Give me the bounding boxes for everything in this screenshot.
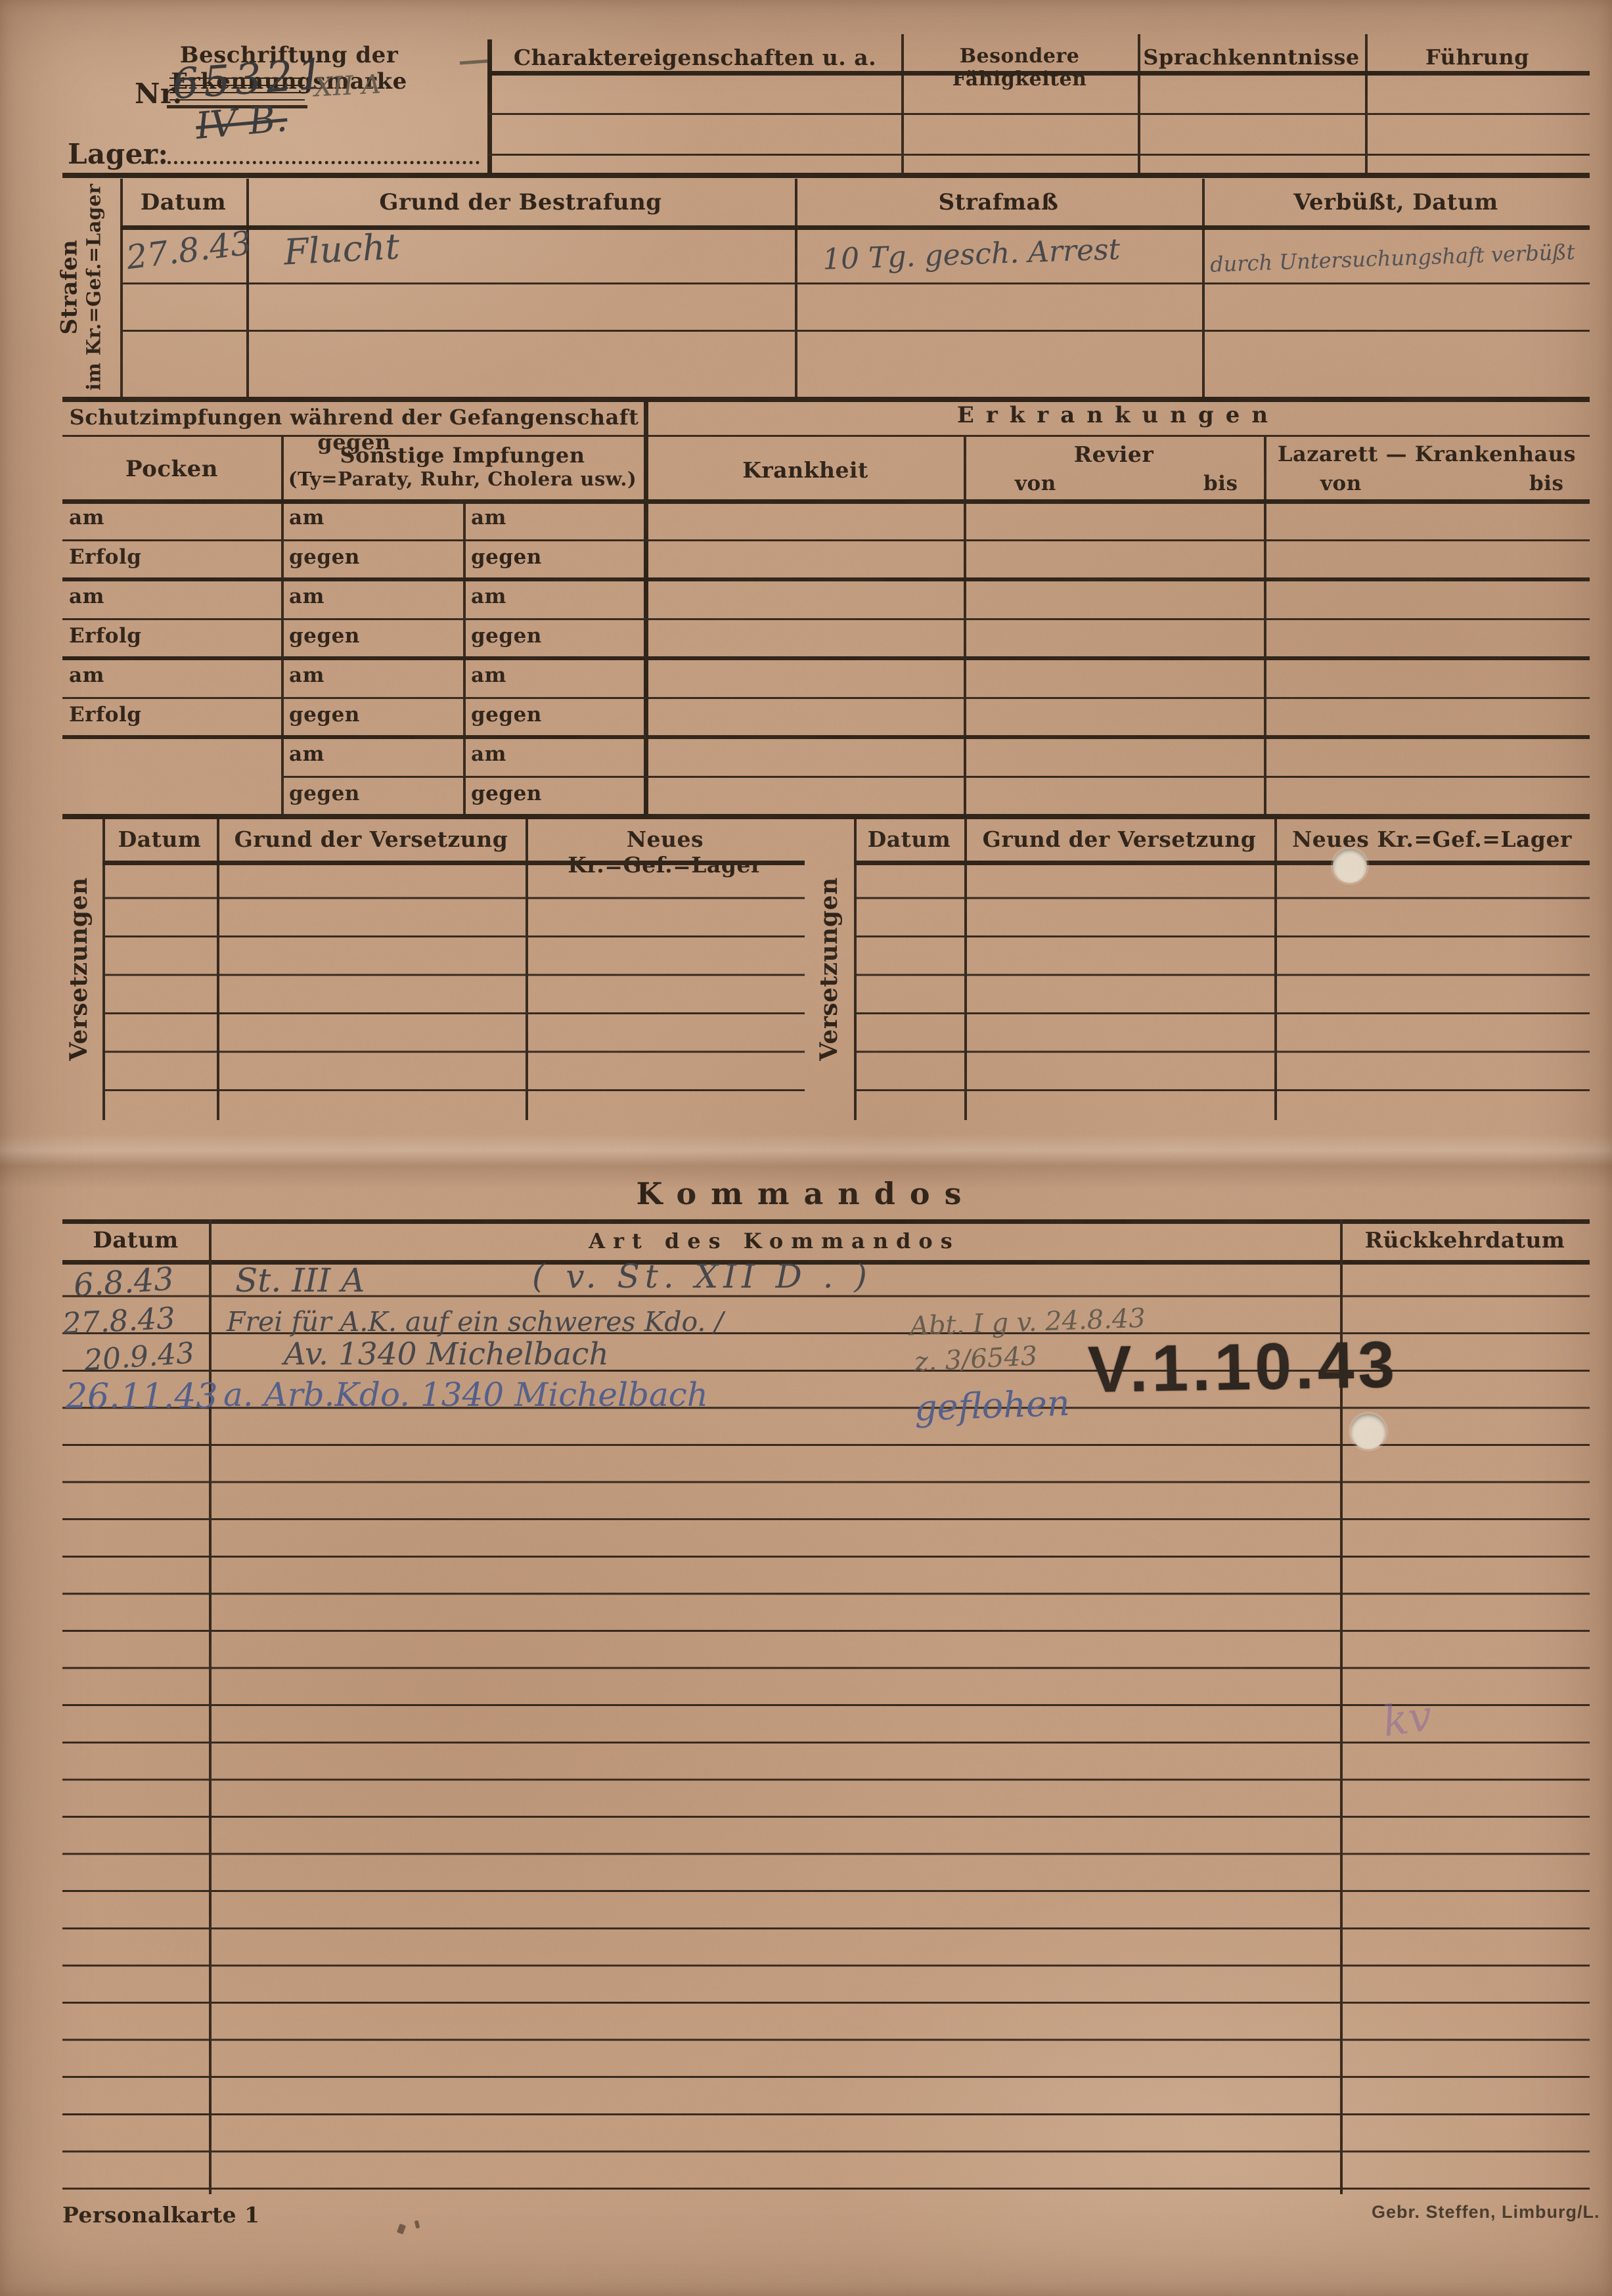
- kommando-entry-text: St. III A: [235, 1261, 365, 1299]
- gegen-label: gegen: [471, 782, 542, 805]
- revier-header: Revier: [964, 441, 1264, 467]
- lager-dotted-line: [141, 141, 480, 164]
- strafen-side-line1: Strafen: [56, 240, 83, 335]
- erkrankungen-title: Erkrankungen: [647, 402, 1590, 428]
- erfolg-label: Erfolg: [69, 545, 141, 569]
- camp-mark-handwritten: XII A: [313, 69, 382, 102]
- rule-line: [62, 577, 1590, 581]
- strafen-strafmass-header: Strafmaß: [795, 189, 1202, 215]
- sonstige-header-line1: Sonstige Impfungen: [281, 443, 644, 468]
- versetzungen-datum-header: Datum: [854, 826, 964, 852]
- versetzungen-label-text: Versetzungen: [65, 877, 93, 1060]
- rule-line: [62, 656, 1590, 660]
- strafen-grund-header: Grund der Bestrafung: [246, 189, 795, 215]
- kommando-entry-text: Av. 1340 Michelbach: [284, 1336, 609, 1372]
- strafen-datum-header: Datum: [120, 189, 246, 215]
- versetzungen-neues-header: Neues Kr.=Gef.=Lager: [1274, 826, 1590, 852]
- lazarett-von-label: von: [1320, 472, 1362, 495]
- kommandos-title: Kommandos: [0, 1176, 1612, 1211]
- erfolg-label: Erfolg: [69, 703, 141, 727]
- section-divider: [62, 173, 1590, 178]
- gegen-label: gegen: [289, 545, 360, 569]
- am-label: am: [471, 742, 506, 766]
- rule-line: [120, 330, 1590, 332]
- printer-credit: Gebr. Steffen, Limburg/L.: [1372, 2202, 1600, 2222]
- faint-pencil-mark: kv: [1379, 1692, 1435, 1747]
- strafen-entry-verbuesst: durch Untersuchungshaft verbüßt: [1210, 239, 1576, 277]
- strafen-entry-datum: 27.8.43: [124, 224, 254, 277]
- versetzungen-grund-header: Grund der Versetzung: [217, 826, 526, 852]
- column-divider: [281, 435, 284, 818]
- kommando-entry-datum: 6.8.43: [72, 1261, 175, 1305]
- ink-speck: [397, 2224, 406, 2235]
- punch-hole: [1333, 849, 1367, 883]
- rule-line: [62, 435, 646, 437]
- strafen-entry-strafmass: 10 Tg. gesch. Arrest: [822, 233, 1121, 277]
- ink-speck: [414, 2220, 420, 2228]
- erfolg-label: Erfolg: [69, 624, 141, 648]
- transfer-table-ruling: [102, 861, 805, 1093]
- charakter-header: Charaktereigenschaften u. a.: [494, 45, 896, 70]
- fuehrung-header: Führung: [1368, 45, 1586, 70]
- gegen-label: gegen: [471, 624, 542, 648]
- personalkarte-back: Beschriftung der Erkennungsmarke Nr. 653…: [0, 0, 1612, 2296]
- kommandos-datum-header: Datum: [62, 1227, 209, 1253]
- rule-line: [120, 282, 1590, 284]
- rule-line: [487, 154, 1590, 156]
- kommando-entry-datum: 26.11.43: [66, 1377, 218, 1416]
- am-label: am: [69, 664, 104, 687]
- strafen-side-line2: im Kr.=Gef.=Lager: [83, 184, 105, 391]
- am-label: am: [69, 506, 104, 529]
- section-divider: [62, 397, 1590, 402]
- faehigkeiten-header: Besondere Fähigkeiten: [905, 45, 1134, 91]
- lazarett-header: Lazarett — Krankenhaus: [1264, 441, 1590, 466]
- am-label: am: [69, 585, 104, 608]
- sonstige-header-line2: (Ty=Paraty, Ruhr, Cholera usw.): [281, 468, 644, 490]
- gegen-label: gegen: [471, 703, 542, 727]
- lazarett-bis-label: bis: [1529, 472, 1563, 495]
- versetzungen-label-text: Versetzungen: [815, 877, 843, 1060]
- versetzungen-side-label-left: Versetzungen: [46, 870, 112, 1068]
- versetzungen-side-label-right: Versetzungen: [796, 870, 862, 1068]
- rule-line: [62, 735, 1590, 739]
- gegen-label: gegen: [289, 782, 360, 805]
- section-divider: [62, 814, 1590, 819]
- transfer-table-ruling: [854, 861, 1590, 1093]
- strafen-verbuesst-header: Verbüßt, Datum: [1202, 189, 1590, 215]
- revier-von-label: von: [1015, 472, 1056, 495]
- kommando-entry-text: a. Arb.Kdo. 1340 Michelbach: [223, 1376, 708, 1414]
- kommando-entry-datum: 27.8.43: [62, 1301, 176, 1341]
- am-label: am: [289, 742, 325, 766]
- rule-line: [62, 539, 1590, 541]
- kommando-entry-note-geflohen: geflohen: [914, 1382, 1071, 1429]
- versetzungen-grund-header: Grund der Versetzung: [964, 826, 1274, 852]
- am-label: am: [471, 664, 506, 687]
- kommando-entry-note: z. 3/6543: [914, 1341, 1038, 1378]
- header-underline: [487, 71, 1590, 76]
- column-divider: [964, 435, 966, 818]
- kommando-entry-text: Frei für A.K. auf ein schweres Kdo. /: [227, 1306, 723, 1338]
- column-divider: [1264, 435, 1266, 818]
- krankheit-header: Krankheit: [647, 457, 964, 483]
- am-label: am: [471, 585, 506, 608]
- revier-bis-label: bis: [1203, 472, 1238, 495]
- punch-hole: [1351, 1414, 1386, 1449]
- section-divider: [62, 1219, 1590, 1224]
- rule-line: [647, 435, 1590, 437]
- rule-line: [62, 697, 1590, 699]
- am-label: am: [471, 506, 506, 529]
- header-underline: [62, 499, 1590, 504]
- sprachkenntnisse-header: Sprachkenntnisse: [1141, 45, 1362, 70]
- gegen-label: gegen: [471, 545, 542, 569]
- am-label: am: [289, 585, 325, 608]
- form-name: Personalkarte 1: [62, 2202, 260, 2228]
- gegen-label: gegen: [289, 624, 360, 648]
- rule-line: [487, 113, 1590, 115]
- strafen-side-label: Strafen im Kr.=Gef.=Lager: [45, 200, 117, 374]
- rule-line: [62, 618, 1590, 620]
- pocken-header: Pocken: [62, 456, 281, 482]
- date-stamp: V.1.10.43: [1087, 1327, 1399, 1408]
- gegen-label: gegen: [289, 703, 360, 727]
- rule-line: [281, 776, 1590, 778]
- kommandos-art-header: Art des Kommandos: [209, 1228, 1340, 1253]
- kommandos-rueckkehr-header: Rückkehrdatum: [1340, 1227, 1590, 1253]
- kommando-entry-note: ( v. St. XII D . ): [532, 1257, 872, 1295]
- am-label: am: [289, 506, 325, 529]
- versetzungen-datum-header: Datum: [102, 826, 217, 852]
- am-label: am: [289, 664, 325, 687]
- strafen-entry-grund: Flucht: [282, 225, 400, 273]
